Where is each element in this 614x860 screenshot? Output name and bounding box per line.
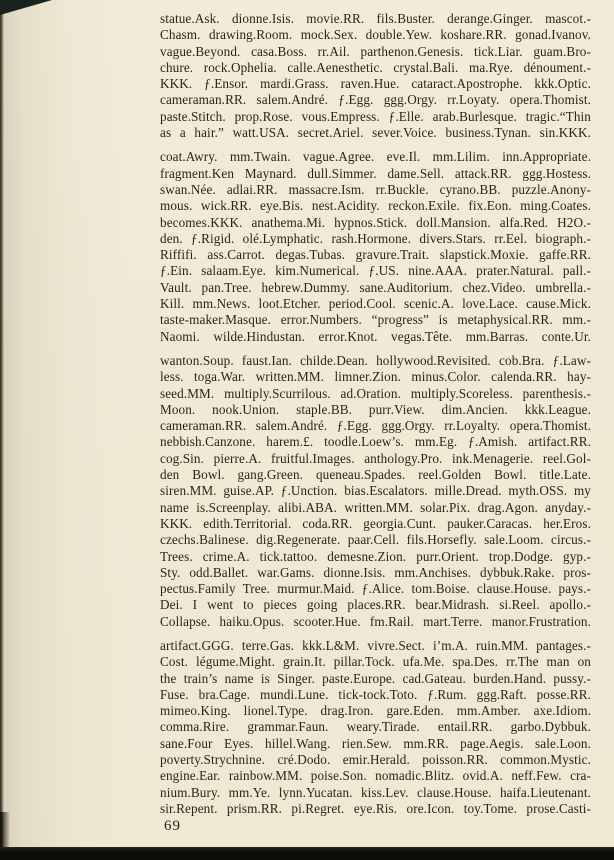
text-line: comma.Rire. grammar.Faun. weary.Tirade. … [160,719,591,735]
text-line: fragment.Ken Maynard. dull.Simmer. dame.… [160,166,591,182]
paragraph: artifact.GGG. terre.Gas. kkk.L&M. vivre.… [160,638,591,817]
text-line: vague.Beyond. casa.Boss. rr.Ail. parthen… [160,44,591,60]
text-line: den. ƒ.Rigid. olé.Lymphatic. rash.Hormon… [160,231,591,247]
text-line: nebbish.Canzone. harem.£. toodle.Loew’s.… [160,434,591,450]
text-line: swan.Née. adlai.RR. massacre.Ism. rr.Buc… [160,182,591,198]
text-line: Vault. pan.Tree. hebrew.Dummy. sane.Audi… [160,280,591,296]
text-line: cameraman.RR. salem.André. ƒ.Egg. ggg.Or… [160,418,591,434]
text-line: czechs.Balinese. dig.Regenerate. paar.Ce… [160,532,591,548]
text-line: engine.Ear. rainbow.MM. poise.Son. nomad… [160,768,591,784]
text-line: becomes.KKK. anathema.Mi. hypnos.Stick. … [160,215,591,231]
text-line: Moon. nook.Union. staple.BB. purr.View. … [160,402,591,418]
page-corner-shadow [0,0,52,15]
text-line: Chasm. drawing.Room. mock.Sex. double.Ye… [160,27,591,43]
text-line: cog.Sin. pierre.A. fruitful.Images. anth… [160,451,591,467]
text-line: Kill. mm.News. loot.Etcher. period.Cool.… [160,296,591,312]
text-line: poverty.Strychnine. cré.Dodo. emir.Heral… [160,752,591,768]
text-line: less. toga.War. written.MM. limner.Zion.… [160,369,591,385]
text-line: mous. wick.RR. eye.Bis. nest.Acidity. re… [160,198,591,214]
text-line: paste.Stitch. prop.Rose. vous.Empress. ƒ… [160,109,591,125]
text-line: taste-maker.Masque. error.Numbers. “prog… [160,312,591,328]
text-line: Riffifi. ass.Carrot. degas.Tubas. gravur… [160,247,591,263]
text-line: Sty. odd.Ballet. war.Gams. dionne.Isis. … [160,565,591,581]
text-line: the train’s name is Singer. paste.Europe… [160,671,591,687]
text-line: statue.Ask. dionne.Isis. movie.RR. fils.… [160,11,591,27]
text-line: Trees. crime.A. tick.tattoo. demesne.Zio… [160,549,591,565]
paragraph: statue.Ask. dionne.Isis. movie.RR. fils.… [160,11,591,141]
text-line: Naomi. wilde.Hindustan. error.Knot. vega… [160,329,591,345]
text-line: Collapse. haiku.Opus. scooter.Hue. fm.Ra… [160,614,591,630]
text-line: Cost. légume.Might. grain.It. pillar.Toc… [160,654,591,670]
text-line: KKK. ƒ.Ensor. mardi.Grass. raven.Hue. ca… [160,76,591,92]
book-bottom-edge [0,847,614,860]
text-line: siren.MM. guise.AP. ƒ.Unction. bias.Esca… [160,483,591,499]
text-line: chure. rock.Ophelia. calle.Aenesthetic. … [160,60,591,76]
text-line: ƒ.Ein. salaam.Eye. kim.Numerical. ƒ.US. … [160,263,591,279]
paragraph: wanton.Soup. faust.Ian. childe.Dean. hol… [160,353,591,630]
text-line: Fuse. bra.Cage. mundi.Lune. tick-tock.To… [160,687,591,703]
text-line: seed.MM. multiply.Scurrilous. ad.Oration… [160,386,591,402]
text-line: cameraman.RR. salem.André. ƒ.Egg. ggg.Or… [160,92,591,108]
text-line: nium.Bury. mm.Ye. lynn.Yucatan. kiss.Lev… [160,785,591,801]
text-line: coat.Awry. mm.Twain. vague.Agree. eve.Il… [160,149,591,165]
text-line: wanton.Soup. faust.Ian. childe.Dean. hol… [160,353,591,369]
text-line: artifact.GGG. terre.Gas. kkk.L&M. vivre.… [160,638,591,654]
text-line: Dei. I went to pieces going places.RR. b… [160,597,591,613]
text-line: sane.Four Eyes. hillel.Wang. rien.Sew. m… [160,736,591,752]
text-line: pectus.Family Tree. murmur.Maid. ƒ.Alice… [160,581,591,597]
text-line: KKK. edith.Territorial. coda.RR. georgia… [160,516,591,532]
text-line: den Bowl. gang.Green. queneau.Spades. re… [160,467,591,483]
text-block: statue.Ask. dionne.Isis. movie.RR. fils.… [160,11,591,825]
book-page-scan: statue.Ask. dionne.Isis. movie.RR. fils.… [0,0,614,860]
text-line: name is.Screenplay. alibi.ABA. written.M… [160,500,591,516]
paragraph: coat.Awry. mm.Twain. vague.Agree. eve.Il… [160,149,591,345]
text-line: as a hair.” watt.USA. secret.Ariel. seve… [160,125,591,141]
text-line: mimeo.King. lionel.Type. drag.Iron. gare… [160,703,591,719]
page-number: 69 [164,818,181,835]
text-line: sir.Repent. prism.RR. pi.Regret. eye.Ris… [160,801,591,817]
book-spine-shadow [0,0,4,860]
